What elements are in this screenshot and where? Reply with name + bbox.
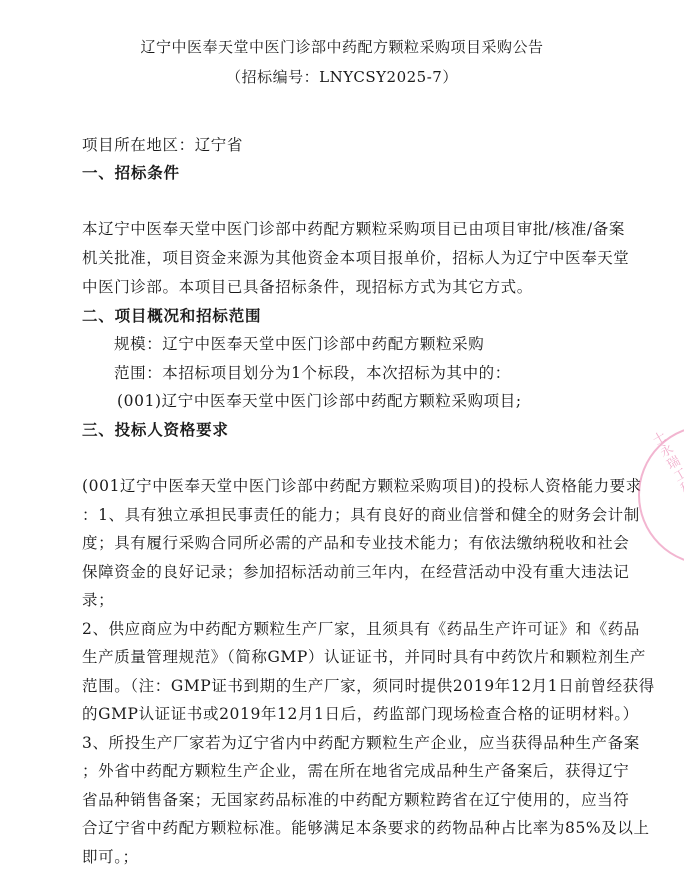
paragraph-line: ；外省中药配方颗粒生产企业，需在所在地省完成品种生产备案后，获得辽宁 bbox=[82, 761, 629, 781]
paragraph-line: 生产质量管理规范》（简称GMP）认证证书，并同时具有中药饮片和颗粒剂生产 bbox=[82, 647, 646, 667]
paragraph-line: 保障资金的良好记录；参加招标活动前三年内，在经营活动中没有重大违法记 bbox=[82, 562, 629, 582]
paragraph-line: 机关批准，项目资金来源为其他资金本项目报单价，招标人为辽宁中医奉天堂 bbox=[82, 248, 629, 268]
paragraph-line: 2、供应商应为中药配方颗粒生产厂家，且须具有《药品生产许可证》和《药品 bbox=[82, 619, 640, 639]
section-heading-project-overview: 二、项目概况和招标范围 bbox=[82, 306, 261, 326]
paragraph-line: 度；具有履行采购合同所必需的产品和专业技术能力；有依法缴纳税收和社会 bbox=[82, 533, 629, 553]
project-lot: (001)辽宁中医奉天堂中医门诊部中药配方颗粒采购项目; bbox=[117, 391, 522, 411]
paragraph-line: 即可。； bbox=[82, 847, 139, 867]
section-heading-tender-conditions: 一、招标条件 bbox=[82, 163, 180, 183]
paragraph-line: 的GMP认证证书或2019年12月1日后，药监部门现场检查合格的证明材料。） bbox=[82, 704, 639, 724]
document-page: 辽宁中医奉天堂中医门诊部中药配方颗粒采购项目采购公告 （招标编号：LNYCSY2… bbox=[0, 0, 684, 883]
paragraph-line: 中医门诊部。本项目已具备招标条件，现招标方式为其它方式。 bbox=[82, 277, 533, 297]
paragraph-line: 合辽宁省中药配方颗粒标准。能够满足本条要求的药物品种占比率为85%及以上 bbox=[82, 818, 650, 838]
paragraph-line: 范围。（注：GMP证书到期的生产厂家，须同时提供2019年12月1日前曾经获得 bbox=[82, 676, 655, 696]
paragraph-line: (001辽宁中医奉天堂中医门诊部中药配方颗粒采购项目)的投标人资格能力要求 bbox=[82, 476, 642, 496]
paragraph-line: 录； bbox=[82, 590, 114, 610]
paragraph-line: 省品种销售备案；无国家药品标准的中药配方颗粒跨省在辽宁使用的，应当符 bbox=[82, 790, 629, 810]
paragraph-line: ：1、具有独立承担民事责任的能力；具有良好的商业信誉和健全的财务会计制 bbox=[82, 505, 640, 525]
project-region: 项目所在地区：辽宁省 bbox=[82, 135, 243, 155]
document-title: 辽宁中医奉天堂中医门诊部中药配方颗粒采购项目采购公告 bbox=[0, 37, 684, 57]
paragraph-line: 本辽宁中医奉天堂中医门诊部中药配方颗粒采购项目已由项目审批/核准/备案 bbox=[82, 219, 625, 239]
project-scale: 规模：辽宁中医奉天堂中医门诊部中药配方颗粒采购 bbox=[114, 334, 484, 354]
tender-number: （招标编号：LNYCSY2025-7） bbox=[0, 67, 684, 87]
paragraph-line: 3、所投生产厂家若为辽宁省内中药配方颗粒生产企业，应当获得品种生产备案 bbox=[82, 733, 640, 753]
project-scope: 范围：本招标项目划分为1个标段，本次招标为其中的： bbox=[114, 363, 511, 383]
section-heading-bidder-qualifications: 三、投标人资格要求 bbox=[82, 420, 229, 440]
